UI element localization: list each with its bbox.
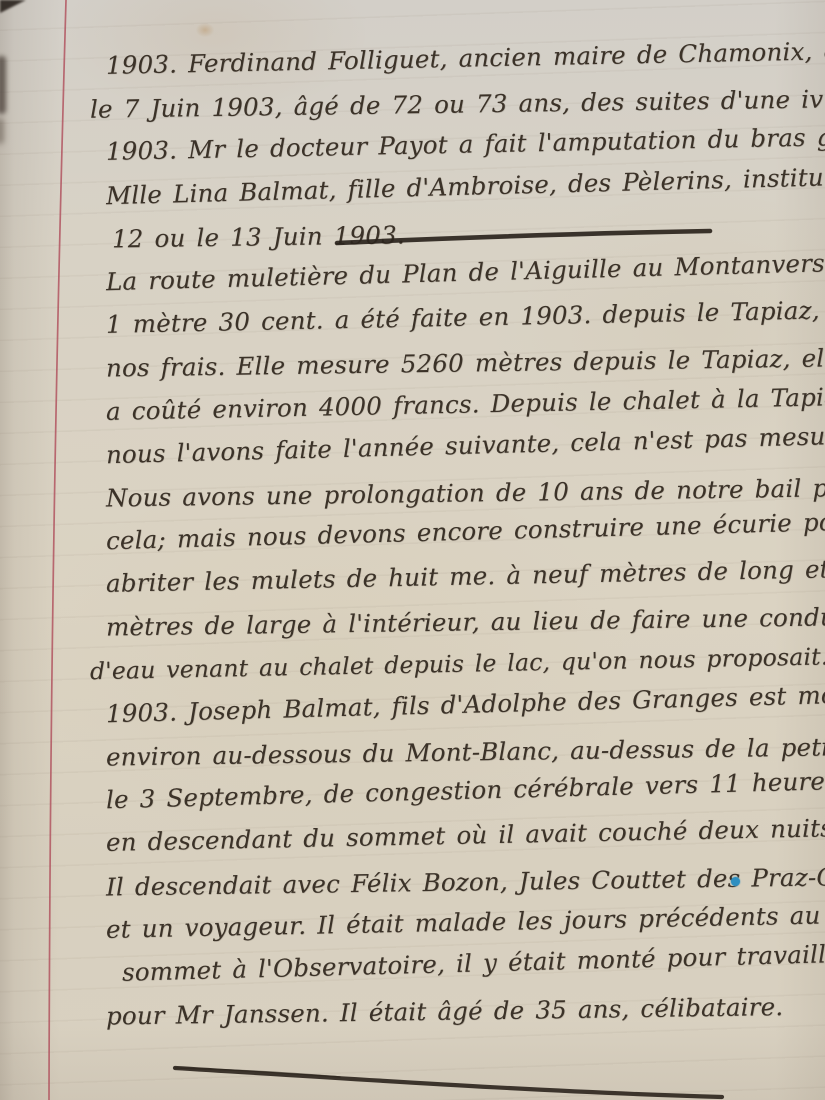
binding-corner-shadow [0, 0, 26, 13]
paper-stain [192, 20, 218, 40]
manuscript-page: 1903. Ferdinand Folliguet, ancien maire … [0, 0, 825, 1100]
handwriting-block: 1903. Ferdinand Folliguet, ancien maire … [0, 46, 825, 1039]
blue-ink-dot [731, 877, 740, 886]
ink-rule-bottom-flourish [175, 1068, 340, 1077]
ink-rule-bottom [175, 1068, 722, 1097]
